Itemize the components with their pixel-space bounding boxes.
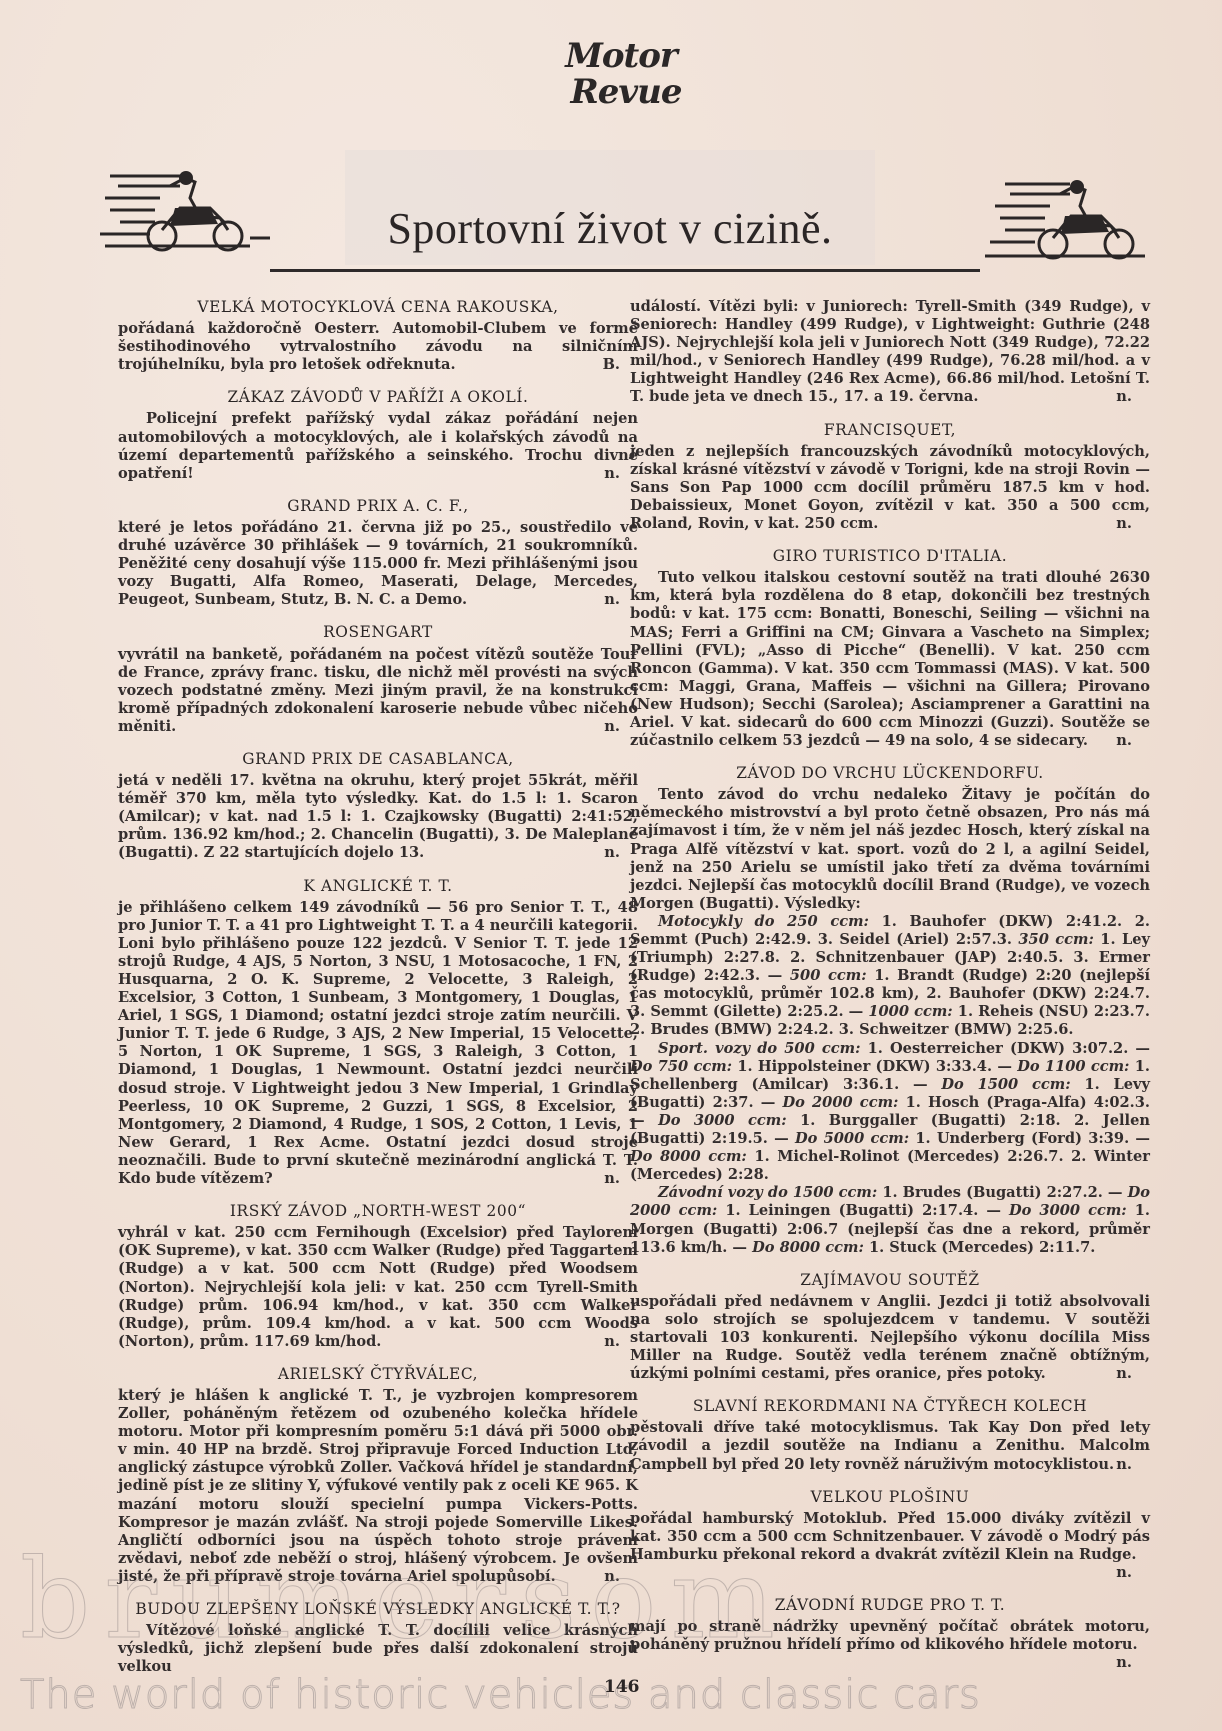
result-text: 1. Stuck (Mercedes) 2:11.7. (864, 1239, 1095, 1256)
author-signature: n. (1116, 1654, 1132, 1672)
result-category: Do 3000 ccm: (1009, 1202, 1127, 1219)
article: GRAND PRIX DE CASABLANCA,jetá v neděli 1… (118, 750, 638, 863)
results-paragraph: Sport. vozy do 500 ccm: 1. Oesterreicher… (630, 1040, 1150, 1185)
article-text: Tuto velkou italskou cestovní soutěž na … (630, 569, 1150, 749)
author-signature: n. (604, 718, 620, 736)
article-heading: ARIELSKÝ ČTYŘVÁLEC, (118, 1365, 638, 1383)
article-heading: GRAND PRIX A. C. F., (118, 497, 638, 515)
article: ZAJÍMAVOU SOUTĚŽuspořádali před nedávnem… (630, 1271, 1150, 1384)
article-text: pořádaná každoročně Oesterr. Automobil-C… (118, 320, 638, 373)
article-text: vyvrátil na banketě, pořádaném na počest… (118, 646, 638, 735)
article-text: Policejní prefekt pařížský vydal zákaz p… (118, 410, 638, 481)
result-category: Do 8000 ccm: (630, 1148, 747, 1165)
article-text: událostí. Vítězi byli: v Juniorech: Tyre… (630, 298, 1150, 405)
article-body: událostí. Vítězi byli: v Juniorech: Tyre… (630, 298, 1150, 407)
article-heading: GRAND PRIX DE CASABLANCA, (118, 750, 638, 768)
watermark-tagline: The world of historic vehicles and class… (20, 1672, 981, 1718)
result-text: 1. Oesterreicher (DKW) 3:07.2. — (860, 1040, 1150, 1057)
page-number: 146 (604, 1677, 640, 1697)
result-category: Závodní vozy do 1500 ccm: (658, 1184, 877, 1201)
article: SLAVNÍ REKORDMANI NA ČTYŘECH KOLECHpěsto… (630, 1397, 1150, 1473)
result-category: Do 1100 ccm: (1017, 1058, 1129, 1075)
results-paragraph: Motocykly do 250 ccm: 1. Bauhofer (DKW) … (630, 913, 1150, 1040)
article-text: pěstovali dříve také motocyklismus. Tak … (630, 1419, 1150, 1472)
article: ROSENGARTvyvrátil na banketě, pořádaném … (118, 623, 638, 736)
result-category: Do 3000 ccm: (658, 1112, 787, 1129)
author-signature: n. (1116, 388, 1132, 406)
page-title: Sportovní život v cizině. (345, 203, 875, 254)
result-category: Do 1500 ccm: (941, 1076, 1070, 1093)
result-category: Do 5000 ccm: (795, 1130, 909, 1147)
article-body: vyvrátil na banketě, pořádaném na počest… (118, 646, 638, 736)
result-text: 1. Brudes (Bugatti) 2:27.2. — (877, 1184, 1127, 1201)
article-text: vyhrál v kat. 250 ccm Fernihough (Excels… (118, 1224, 638, 1350)
article-body: pěstovali dříve také motocyklismus. Tak … (630, 1419, 1150, 1473)
author-signature: n. (604, 1170, 620, 1188)
article-heading: SLAVNÍ REKORDMANI NA ČTYŘECH KOLECH (630, 1397, 1150, 1415)
article-heading: VELKÁ MOTOCYKLOVÁ CENA RAKOUSKA, (118, 298, 638, 316)
article-heading: IRSKÝ ZÁVOD „NORTH-WEST 200“ (118, 1202, 638, 1220)
author-signature: n. (1116, 515, 1132, 533)
author-signature: n. (1116, 1456, 1132, 1474)
masthead-logo: Motor Revue (556, 38, 686, 110)
article-heading: GIRO TURISTICO D'ITALIA. (630, 547, 1150, 565)
article-heading: ROSENGART (118, 623, 638, 641)
watermark-logo: brumersom (20, 1535, 789, 1663)
result-category: Do 2000 ccm: (782, 1094, 898, 1111)
article: FRANCISQUET,jeden z nejlepších francouzs… (630, 421, 1150, 534)
article: událostí. Vítězi byli: v Juniorech: Tyre… (630, 298, 1150, 407)
result-text: 1. Hippolsteiner (DKW) 3:33.4. — (732, 1058, 1017, 1075)
result-category: Do 8000 ccm: (752, 1239, 864, 1256)
masthead-line1: Motor (556, 38, 686, 74)
result-text: 1. Leiningen (Bugatti) 2:17.4. — (717, 1202, 1009, 1219)
results-paragraph: Závodní vozy do 1500 ccm: 1. Brudes (Bug… (630, 1184, 1150, 1256)
article-heading: ZÁKAZ ZÁVODŮ V PAŘÍŽI A OKOLÍ. (118, 388, 638, 406)
result-text: 1. Underberg (Ford) 3:39. — (909, 1130, 1150, 1147)
title-rule (270, 269, 980, 272)
article-text: uspořádali před nedávnem v Anglii. Jezdc… (630, 1293, 1150, 1382)
article-heading: K ANGLICKÉ T. T. (118, 877, 638, 895)
article: GIRO TURISTICO D'ITALIA.Tuto velkou ital… (630, 547, 1150, 750)
article-text: jetá v neděli 17. května na okruhu, kter… (118, 772, 638, 861)
author-signature: n. (576, 465, 620, 483)
result-category: 350 ccm: (1018, 931, 1093, 948)
article-body: Tento závod do vrchu nedaleko Žitavy je … (630, 786, 1150, 913)
article-text: které je letos pořádáno 21. června již p… (118, 519, 638, 608)
article-body: uspořádali před nedávnem v Anglii. Jezdc… (630, 1293, 1150, 1383)
motorcycle-rider-icon (100, 168, 270, 258)
article-body: Policejní prefekt pařížský vydal zákaz p… (118, 410, 638, 482)
masthead-line2: Revue (566, 74, 686, 110)
article-body: pořádaná každoročně Oesterr. Automobil-C… (118, 320, 638, 374)
author-signature: B. (603, 356, 620, 374)
article: IRSKÝ ZÁVOD „NORTH-WEST 200“vyhrál v kat… (118, 1202, 638, 1351)
result-category: 1000 ccm: (868, 1003, 952, 1020)
article-body: jeden z nejlepších francouzských závodní… (630, 443, 1150, 533)
article-body: Tuto velkou italskou cestovní soutěž na … (630, 569, 1150, 750)
article-heading: FRANCISQUET, (630, 421, 1150, 439)
author-signature: n. (604, 1333, 620, 1351)
article-body: jetá v neděli 17. května na okruhu, kter… (118, 772, 638, 862)
right-column: událostí. Vítězi byli: v Juniorech: Tyre… (630, 298, 1150, 1686)
author-signature: n. (1116, 1564, 1132, 1582)
result-category: Sport. vozy do 500 ccm: (658, 1040, 860, 1057)
article: ZÁVOD DO VRCHU LÜCKENDORFU.Tento závod d… (630, 764, 1150, 1257)
article: K ANGLICKÉ T. T.je přihlášeno celkem 149… (118, 877, 638, 1189)
article-text: je přihlášeno celkem 149 závodníků — 56 … (118, 899, 638, 1187)
article: GRAND PRIX A. C. F.,které je letos pořád… (118, 497, 638, 610)
left-column: VELKÁ MOTOCYKLOVÁ CENA RAKOUSKA,pořádaná… (118, 298, 638, 1690)
article: ZÁKAZ ZÁVODŮ V PAŘÍŽI A OKOLÍ.Policejní … (118, 388, 638, 482)
motorcycle-rider-icon (985, 178, 1155, 268)
author-signature: n. (1116, 1365, 1132, 1383)
article-heading: VELKOU PLOŠINU (630, 1488, 1150, 1506)
author-signature: n. (604, 844, 620, 862)
author-signature: n. (604, 591, 620, 609)
article-body: které je letos pořádáno 21. června již p… (118, 519, 638, 609)
article-body: vyhrál v kat. 250 ccm Fernihough (Excels… (118, 1224, 638, 1351)
result-category: Motocykly do 250 ccm: (658, 913, 869, 930)
article-body: je přihlášeno celkem 149 závodníků — 56 … (118, 899, 638, 1189)
article-heading: ZAJÍMAVOU SOUTĚŽ (630, 1271, 1150, 1289)
article: VELKÁ MOTOCYKLOVÁ CENA RAKOUSKA,pořádaná… (118, 298, 638, 374)
article-heading: ZÁVOD DO VRCHU LÜCKENDORFU. (630, 764, 1150, 782)
result-category: 500 ccm: (790, 967, 867, 984)
result-category: Do 750 ccm: (630, 1058, 732, 1075)
article-text: jeden z nejlepších francouzských závodní… (630, 443, 1150, 532)
author-signature: n. (1088, 732, 1132, 750)
